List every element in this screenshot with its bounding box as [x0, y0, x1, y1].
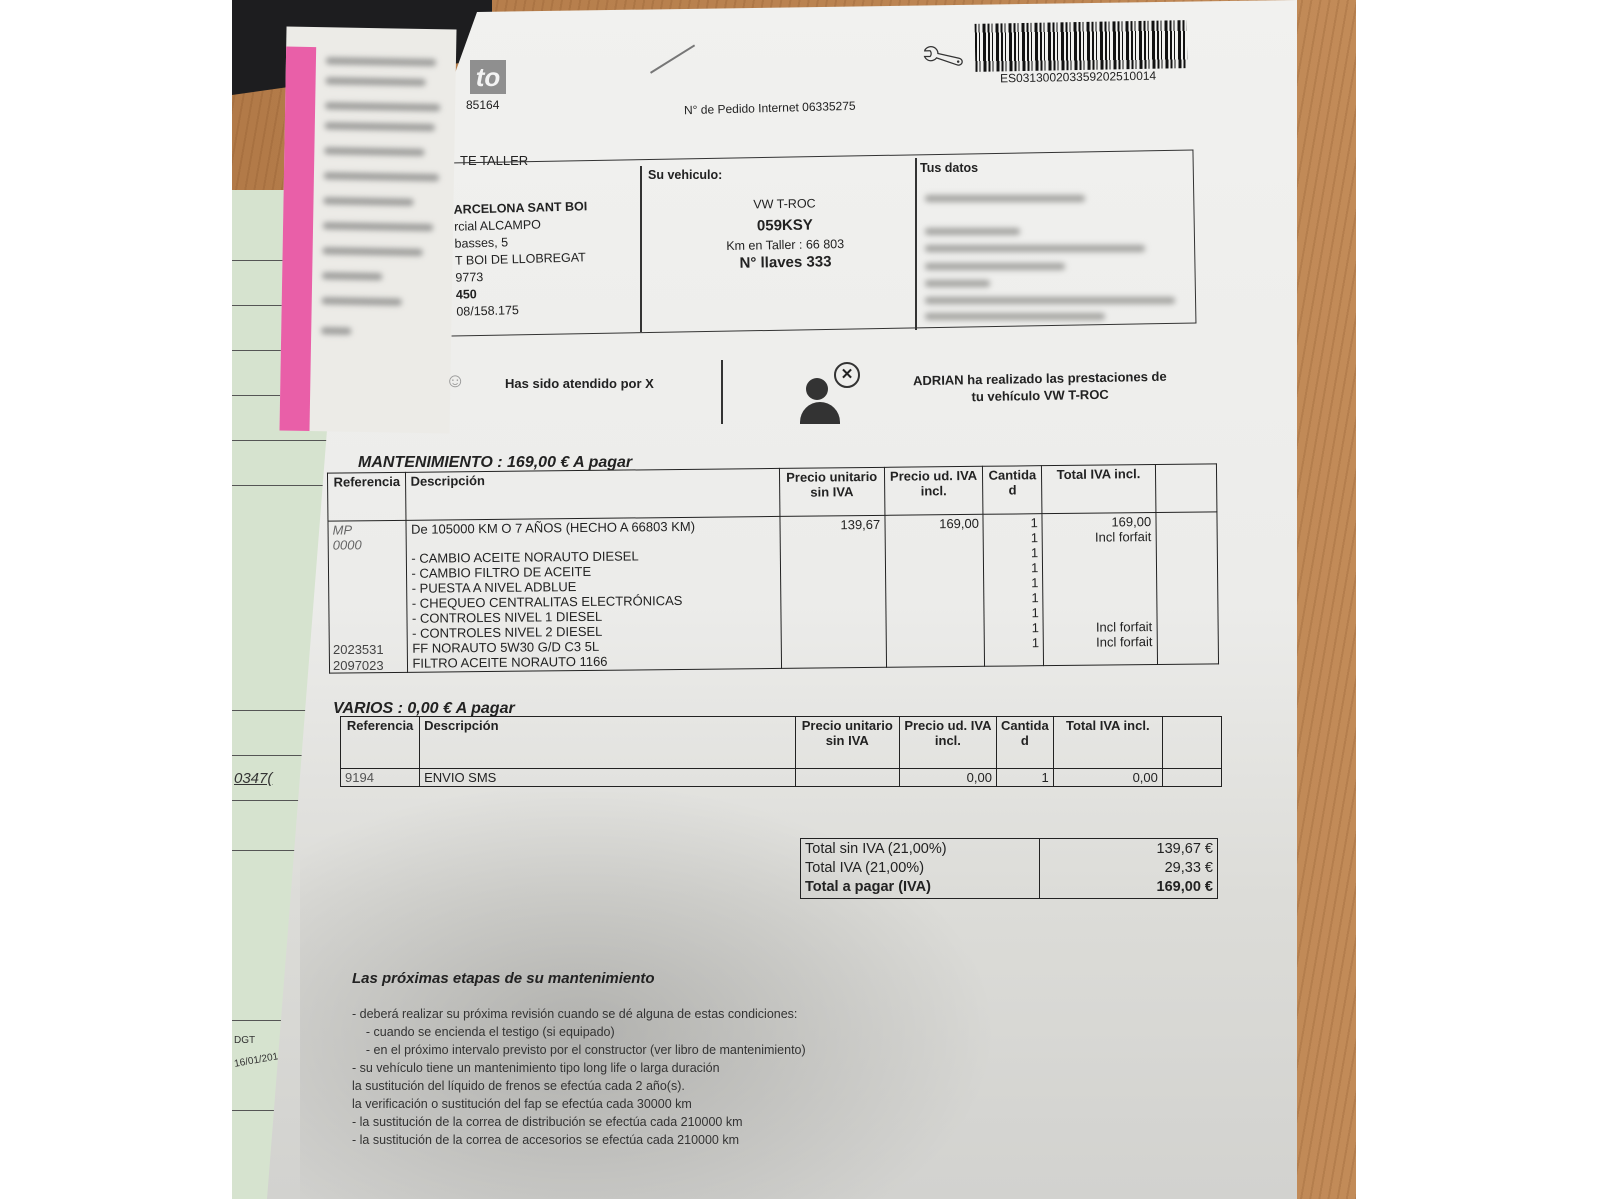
vehicle-details: VW T-ROC 059KSY Km en Taller : 66 803 N°… — [699, 192, 870, 275]
next-step-line: - la sustitución de la correa de distrib… — [352, 1113, 806, 1131]
total-value: 169,00 € — [1044, 878, 1213, 897]
norauto-logo: to — [470, 60, 506, 94]
next-step-line: - deberá realizar su próxima revisión cu… — [352, 1005, 806, 1023]
table-row: 9194 ENVIO SMS 0,00 1 0,00 — [341, 769, 1222, 787]
smiley-icon: ☺ — [445, 370, 465, 393]
workshop-address: ARCELONA SANT BOI rcial ALCAMPO basses, … — [453, 198, 590, 320]
attended-by: Has sido atendido por X — [505, 376, 654, 391]
mechanic-icon: ✕ — [800, 362, 860, 424]
total-label: Total sin IVA (21,00%) — [805, 840, 1035, 859]
divider — [721, 360, 723, 424]
totals-table: Total sin IVA (21,00%)Total IVA (21,00%)… — [800, 838, 1218, 899]
next-step-line: la sustitución del líquido de frenos se … — [352, 1077, 806, 1095]
total-value: 29,33 € — [1044, 859, 1213, 878]
maintenance-table: Referencia Descripción Precio unitario s… — [327, 463, 1219, 673]
total-value: 139,67 € — [1044, 840, 1213, 859]
mechanic-note: ADRIAN ha realizado las prestaciones de … — [890, 367, 1191, 406]
sub-items: - CAMBIO ACEITE NORAUTO DIESEL- CAMBIO F… — [411, 547, 776, 641]
green-sheet-number: 0347( — [234, 770, 272, 787]
table-row: MP0000 De 105000 KM O 7 AÑOS (HECHO A 66… — [328, 512, 1219, 673]
total-label: Total a pagar (IVA) — [805, 878, 1035, 897]
highlight-strip — [279, 47, 316, 431]
receipt-slip — [279, 27, 456, 434]
barcode-text: ES031300203359202510014 — [1000, 69, 1156, 86]
next-steps-title: Las próximas etapas de su mantenimiento — [352, 970, 655, 987]
customer-label: Tus datos — [920, 161, 978, 175]
next-step-line: - su vehículo tiene un mantenimiento tip… — [352, 1059, 806, 1077]
green-sheet-dgt: DGT — [234, 1035, 255, 1046]
divider — [915, 158, 917, 330]
next-step-line: la verificación o sustitución del fap se… — [352, 1095, 806, 1113]
vehicle-label: Su vehiculo: — [648, 168, 722, 182]
total-label: Total IVA (21,00%) — [805, 859, 1035, 878]
next-step-line: - la sustitución de la correa de accesor… — [352, 1131, 806, 1149]
divider — [640, 166, 642, 332]
product-refs: 20235312097023 — [333, 642, 384, 674]
varios-table: Referencia Descripción Precio unitario s… — [340, 716, 1222, 787]
next-steps-list: - deberá realizar su próxima revisión cu… — [352, 1005, 806, 1149]
next-step-line: - en el próximo intervalo previsto por e… — [352, 1041, 806, 1059]
barcode — [975, 20, 1188, 72]
next-step-line: - cuando se encienda el testigo (si equi… — [352, 1023, 806, 1041]
store-code: 85164 — [466, 98, 499, 112]
